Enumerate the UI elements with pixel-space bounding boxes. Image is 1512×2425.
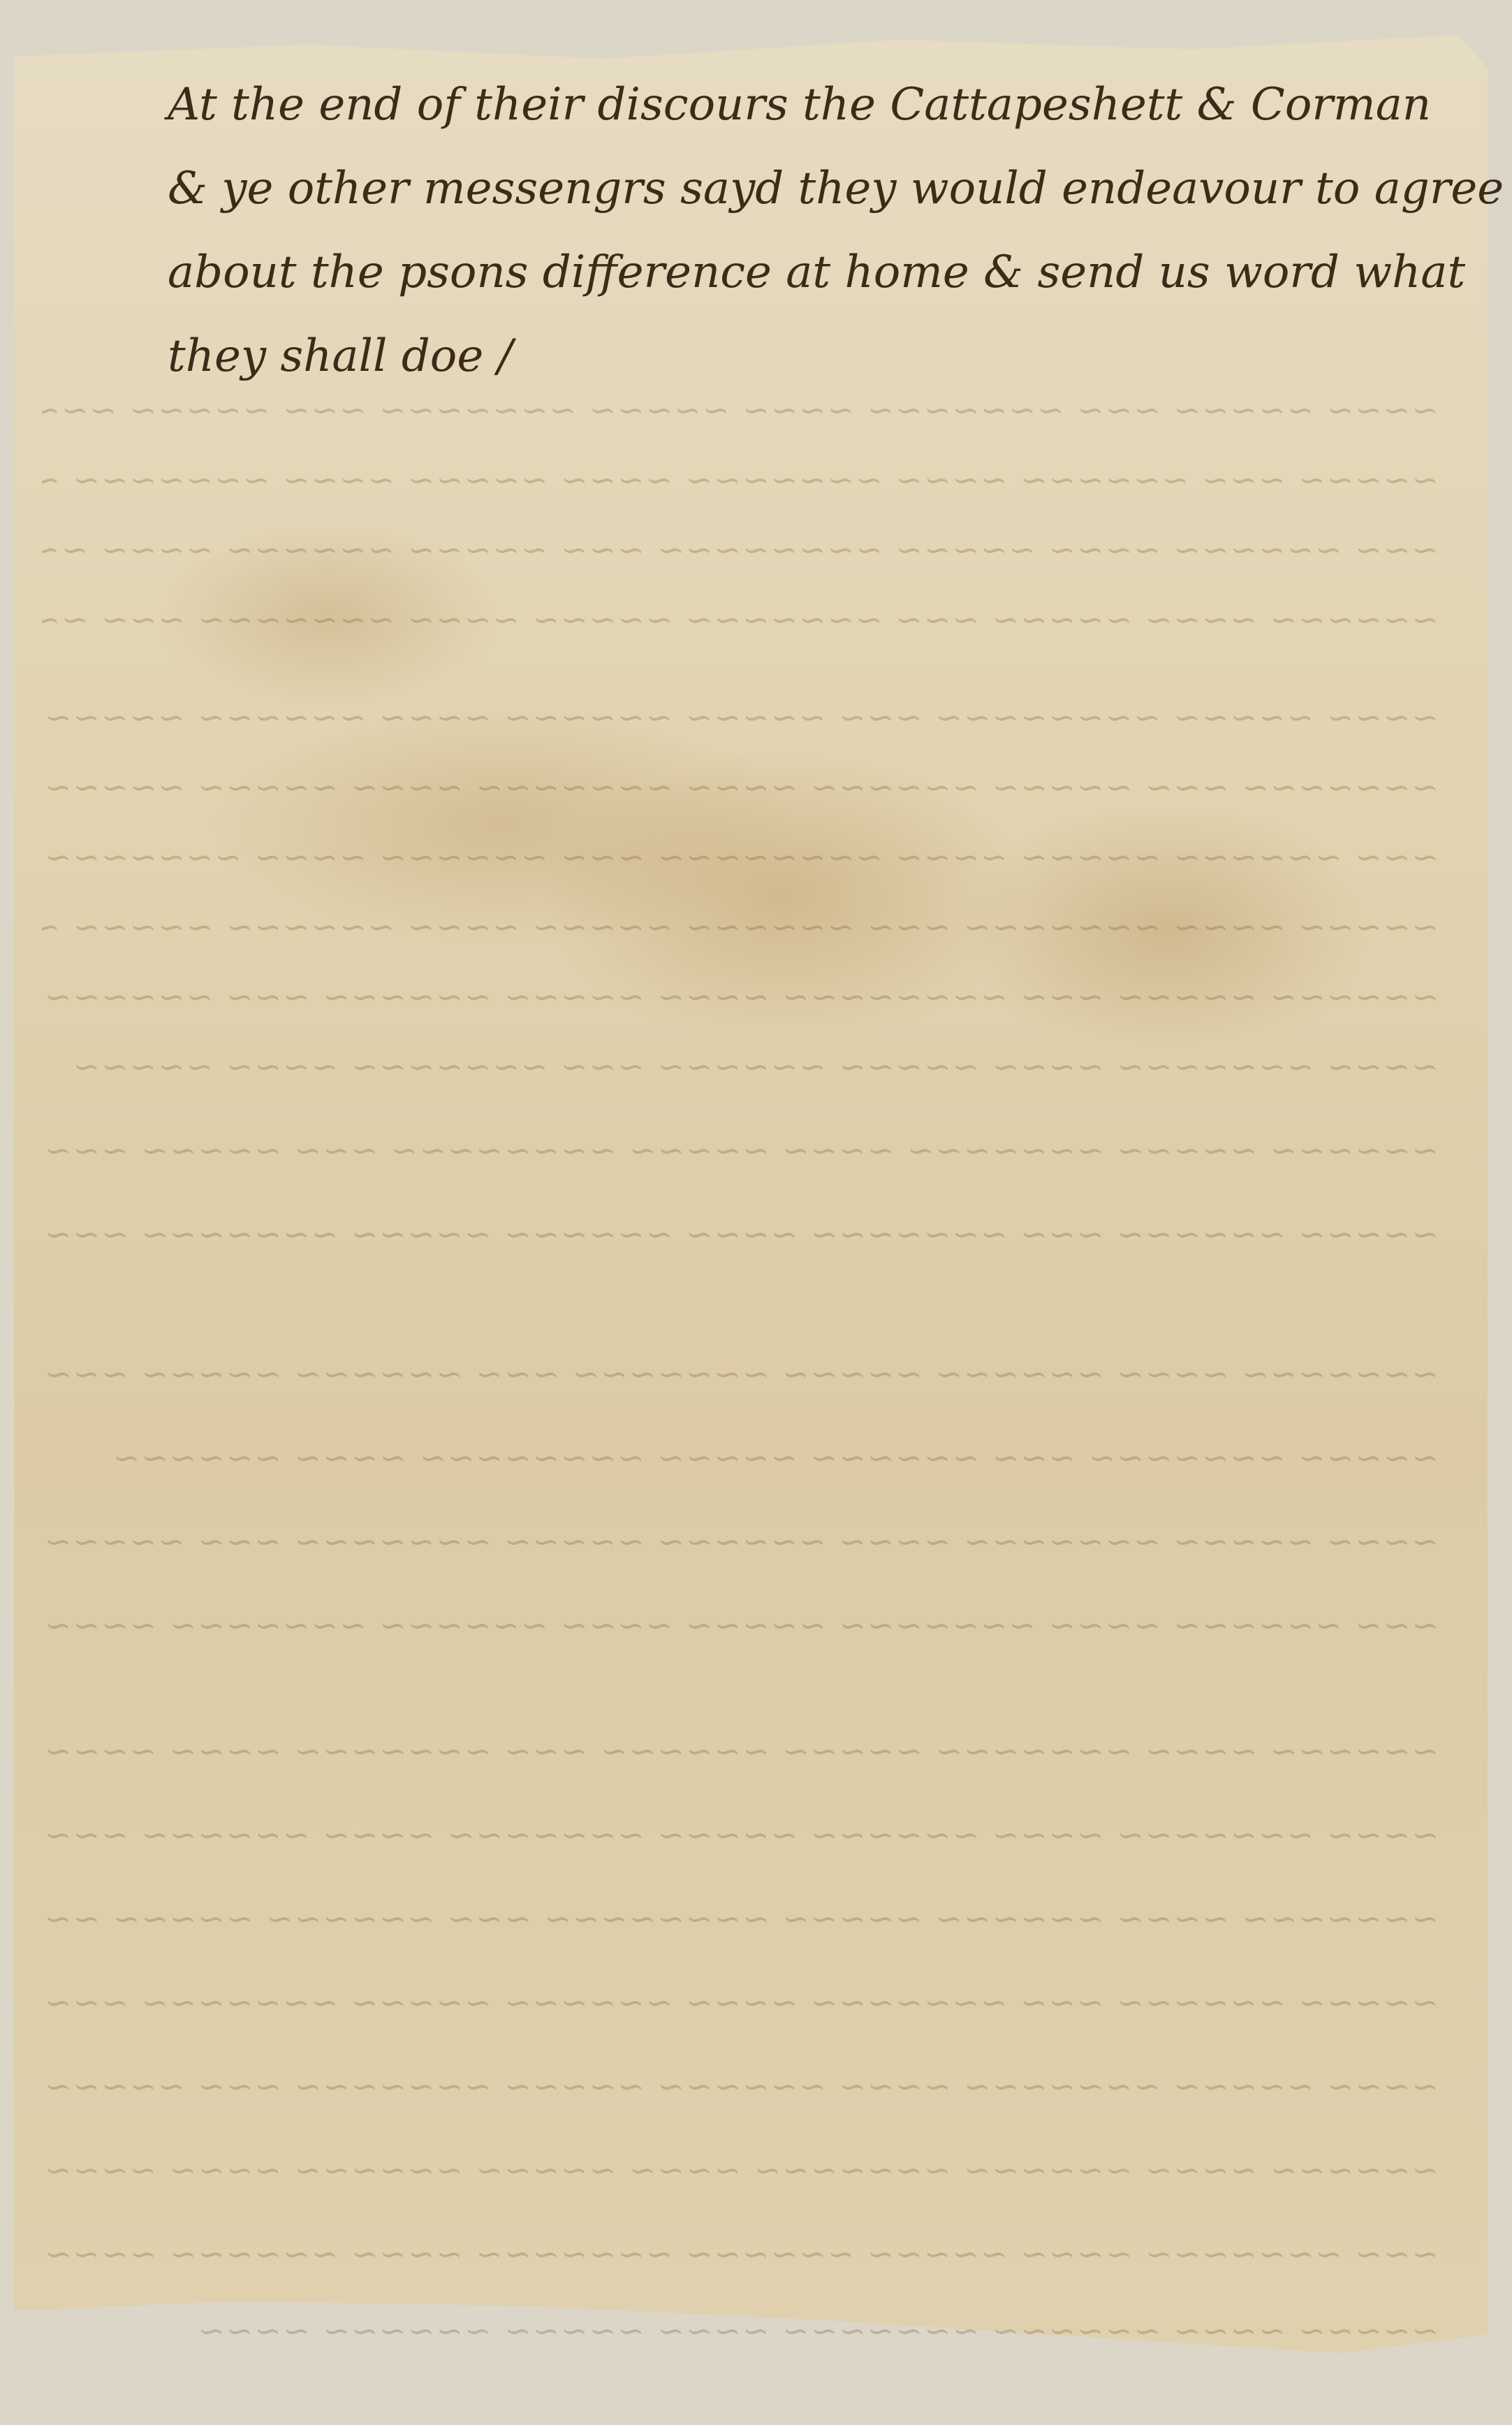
bleed-through-texture: ~~~~~~ ~~~~ ~~~~~~~ ~~~~~ ~~~~~~ ~~~ ~~~…: [42, 1732, 1439, 1770]
bleed-through-texture: ~~~~~~~ ~~~ ~~~~~ ~~~~~~ ~~~~ ~~~~~~~ ~~…: [42, 768, 1439, 806]
bleed-through-texture: ~~~~ ~~~~~ ~~~~~~~~ ~~~ ~~~~~ ~~~~~~ ~~~…: [42, 698, 1439, 736]
bleed-through-texture: ~~~ ~~~~~~~ ~~~~ ~~~~~ ~~~~~~ ~~~~~~~ ~~…: [42, 2235, 1439, 2273]
bleed-through-texture: ~~~~~~ ~~~~ ~~~~~~ ~~~~~~~ ~~~~ ~~~~~ ~~…: [42, 2151, 1439, 2189]
bleed-through-texture: ~~~ ~~~~~~ ~~~~ ~~~~~ ~~~~~~~~ ~~~ ~~~~~…: [42, 531, 1439, 569]
bleed-through-texture: ~~~ ~~~~~~ ~~~~ ~~~~~~~ ~~~~~ ~~~~ ~~~~~…: [42, 1606, 1439, 1644]
bleed-through-texture: ~~~~~~ ~~~~~ ~~~ ~~~~~~~~ ~~~~ ~~~~~ ~~~…: [42, 978, 1439, 1016]
bleed-through-texture: ~~~~~ ~~~~~~ ~~~ ~~~~~~~ ~~~~ ~~~~~~ ~~~…: [42, 1215, 1439, 1253]
bleed-through-texture: ~~~~~ ~~~~ ~~~~~~ ~~~~~~~ ~~~~ ~~~~~ ~~~…: [42, 2312, 1439, 2350]
bleed-through-texture: ~~~~ ~~~~~ ~~~~~~~ ~~~~ ~~~~~~ ~~~~~ ~~~…: [42, 2067, 1439, 2105]
bleed-through-texture: ~~~~~~~ ~~~~ ~~~~~~ ~~~~~ ~~~~~~~~ ~~~ ~…: [42, 1900, 1439, 1937]
bleed-through-texture: ~~~~~ ~~~ ~~~~~~ ~~~~ ~~~~~~~ ~~~~ ~~~~~…: [42, 461, 1439, 499]
bleed-through-texture: ~~~~~ ~~~~~~~ ~~~ ~~~~~~ ~~~~~ ~~~~~~~~ …: [42, 1439, 1439, 1477]
passage-line: At the end of their discours the Cattape…: [168, 63, 1467, 147]
manuscript-passage: At the end of their discours the Cattape…: [168, 63, 1467, 398]
passage-line: & ye other messengrs sayd they would end…: [168, 147, 1467, 230]
bleed-through-texture: ~~~~ ~~~~~~~ ~~~~ ~~~~~ ~~~~~~ ~~~ ~~~~~…: [42, 1048, 1439, 1085]
passage-line: about the psons difference at home & sen…: [168, 230, 1467, 314]
bleed-through-texture: ~~~~ ~~~~~ ~~~~~~~ ~~~~ ~~~~~~ ~~~~~ ~~~…: [42, 1523, 1439, 1560]
bleed-through-texture: ~~~ ~~~~~~ ~~~~~ ~~~~ ~~~~~~~~ ~~~ ~~~~~…: [42, 838, 1439, 876]
bleed-through-texture: ~~~~~~ ~~~~ ~~~~~ ~~~ ~~~~~~~ ~~~~~ ~~~~…: [42, 601, 1439, 638]
bleed-through-texture: ~~~~~ ~~~~~~ ~~~ ~~~~~~~ ~~~~ ~~~~~~ ~~~…: [42, 1984, 1439, 2021]
bleed-through-texture: ~~~~~~ ~~~~~ ~~~~~~~ ~~~~ ~~~~~ ~~~~~~~~…: [42, 1131, 1439, 1169]
passage-line: they shall doe /: [168, 314, 1467, 398]
bleed-through-texture: ~~~~~~~ ~~~~ ~~~~~~ ~~~~~ ~~~~~~~ ~~~ ~~…: [42, 1355, 1439, 1393]
bleed-through-texture: ~~~~~ ~~~~ ~~~~~~~ ~~~ ~~~~~~ ~~~~~ ~~~~…: [42, 908, 1439, 946]
bleed-through-texture: ~~~~ ~~~~~~~ ~~~~ ~~~~~~ ~~~~~ ~~~~~~~ ~…: [42, 1816, 1439, 1854]
